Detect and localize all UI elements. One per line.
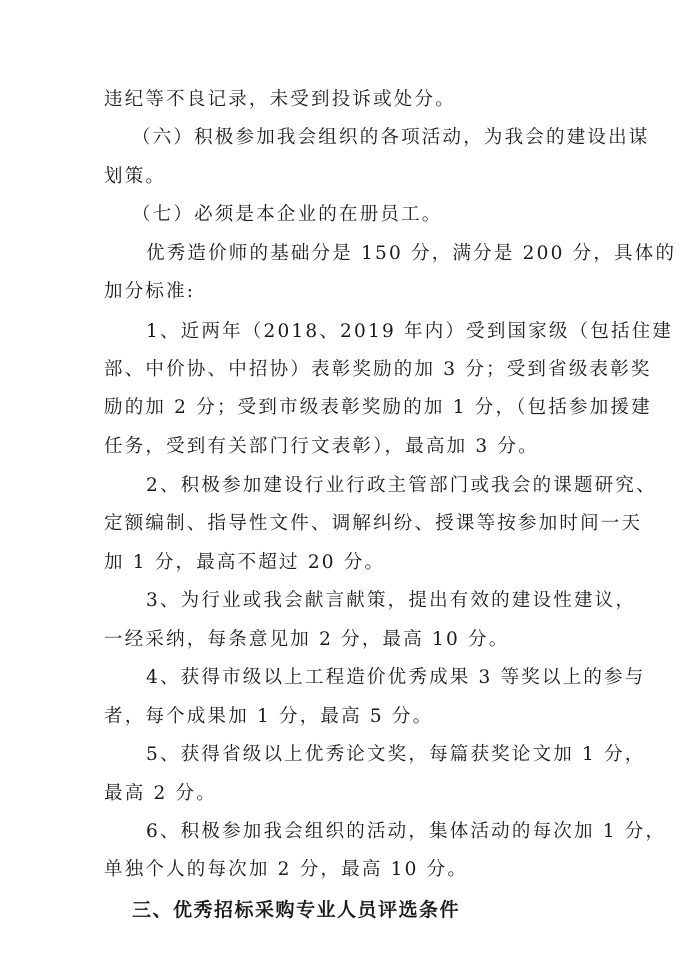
paragraph-line: 加分标准: — [104, 280, 576, 304]
paragraph-line: 划策。 — [104, 165, 576, 189]
paragraph-line: 加 1 分，最高不超过 20 分。 — [104, 551, 576, 575]
paragraph-line: 部、中价协、中招协）表彰奖励的加 3 分；受到省级表彰奖 — [104, 358, 576, 382]
paragraph-line: 单独个人的每次加 2 分，最高 10 分。 — [104, 858, 576, 882]
document-page: 违纪等不良记录，未受到投诉或处分。 （六）积极参加我会组织的各项活动，为我会的建… — [0, 0, 680, 962]
paragraph-line: 一经采纳，每条意见加 2 分，最高 10 分。 — [104, 628, 576, 652]
paragraph-line: 5、获得省级以上优秀论文奖，每篇获奖论文加 1 分， — [104, 743, 576, 767]
paragraph-line: 最高 2 分。 — [104, 782, 576, 806]
paragraph-line: 励的加 2 分；受到市级表彰奖励的加 1 分，（包括参加援建 — [104, 396, 576, 420]
paragraph-line: 2、积极参加建设行业行政主管部门或我会的课题研究、 — [104, 474, 576, 498]
paragraph-line: 3、为行业或我会献言献策，提出有效的建设性建议， — [104, 589, 576, 613]
paragraph-line: （六）积极参加我会组织的各项活动，为我会的建设出谋 — [104, 126, 576, 150]
paragraph-line: 定额编制、指导性文件、调解纠纷、授课等按参加时间一天 — [104, 512, 576, 536]
paragraph-line: 者，每个成果加 1 分，最高 5 分。 — [104, 705, 576, 729]
paragraph-line: 任务，受到有关部门行文表彰），最高加 3 分。 — [104, 435, 576, 459]
paragraph-line: 优秀造价师的基础分是 150 分，满分是 200 分，具体的 — [104, 242, 576, 266]
paragraph-line: 违纪等不良记录，未受到投诉或处分。 — [104, 88, 576, 112]
paragraph-line: 4、获得市级以上工程造价优秀成果 3 等奖以上的参与 — [104, 666, 576, 690]
paragraph-line: 1、近两年（2018、2019 年内）受到国家级（包括住建 — [104, 320, 576, 344]
section-heading: 三、优秀招标采购专业人员评选条件 — [132, 898, 460, 922]
paragraph-line: （七）必须是本企业的在册员工。 — [104, 203, 576, 227]
paragraph-line: 6、积极参加我会组织的活动，集体活动的每次加 1 分， — [104, 820, 576, 844]
